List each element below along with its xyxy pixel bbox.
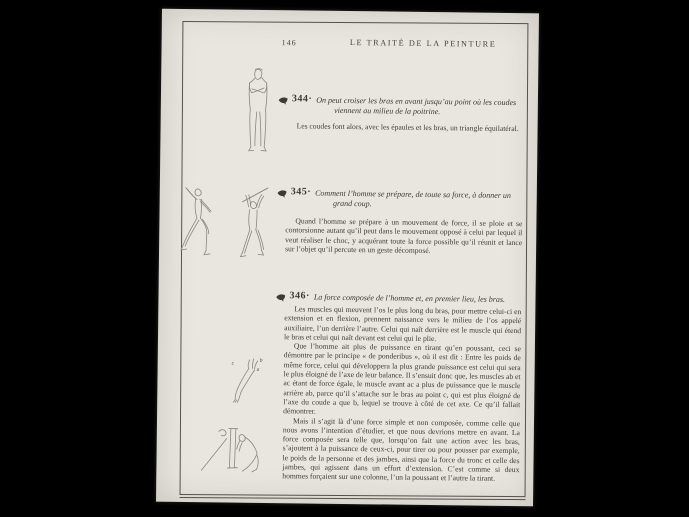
figure-arm-lever-diagram: c b a: [228, 357, 265, 403]
book-page: 146 LE TRAITÉ DE LA PEINTURE: [156, 9, 539, 507]
man-raising-club-icon: [234, 187, 275, 259]
section-344-body: Les coudes font alors, avec les épaules …: [287, 121, 524, 133]
figure-pair-345: [180, 186, 275, 259]
paragraph: Quand l’homme se prépare à un mouvement …: [285, 216, 522, 256]
page-number: 146: [282, 38, 297, 47]
paragraph: Que l’homme ait plus de puissance en tir…: [283, 341, 521, 418]
section-346-heading: 346· La force composée de l’homme et, en…: [275, 291, 523, 305]
man-pushing-column-icon: [197, 423, 264, 474]
section-title: Comment l’homme se prépare, de toute sa …: [315, 189, 525, 211]
section-345-body: Quand l’homme se prépare à un mouvement …: [285, 216, 522, 256]
arm-label-b: b: [260, 358, 263, 364]
arm-label-c: c: [232, 361, 235, 367]
section-title: La force composée de l’homme et, en prem…: [314, 293, 524, 305]
fleuron-icon: [275, 293, 285, 302]
fleuron-icon: [277, 189, 287, 198]
fleuron-icon: [278, 96, 288, 105]
paragraph: Les coudes font alors, avec les épaules …: [287, 121, 524, 133]
arm-label-a: a: [257, 367, 260, 373]
page-header: 146 LE TRAITÉ DE LA PEINTURE: [288, 37, 525, 52]
section-number: 346·: [289, 291, 309, 301]
figure-standing-man-arms-crossed: [241, 68, 274, 154]
standing-man-arms-crossed-icon: [241, 68, 274, 154]
section-number: 345·: [291, 187, 311, 197]
scanner-backdrop: 146 LE TRAITÉ DE LA PEINTURE: [0, 0, 689, 517]
paragraph: Mais il s’agit là d’une force simple et …: [282, 416, 520, 484]
arm-lever-diagram-icon: c b a: [228, 357, 265, 403]
running-title: LE TRAITÉ DE LA PEINTURE: [288, 37, 525, 49]
section-345-heading: 345· Comment l’homme se prépare, de tout…: [277, 187, 525, 210]
section-346-body: Les muscles qui meuvent l’os le plus lon…: [282, 304, 521, 484]
lunging-man-icon: [180, 186, 219, 258]
section-number: 344·: [292, 94, 312, 104]
paragraph: Les muscles qui meuvent l’os le plus lon…: [284, 304, 521, 344]
figure-man-pushing-column: [197, 423, 264, 474]
section-title: On peut croiser les bras en avant jusqu’…: [316, 96, 526, 118]
section-344-heading: 344· On peut croiser les bras en avant j…: [278, 94, 526, 117]
